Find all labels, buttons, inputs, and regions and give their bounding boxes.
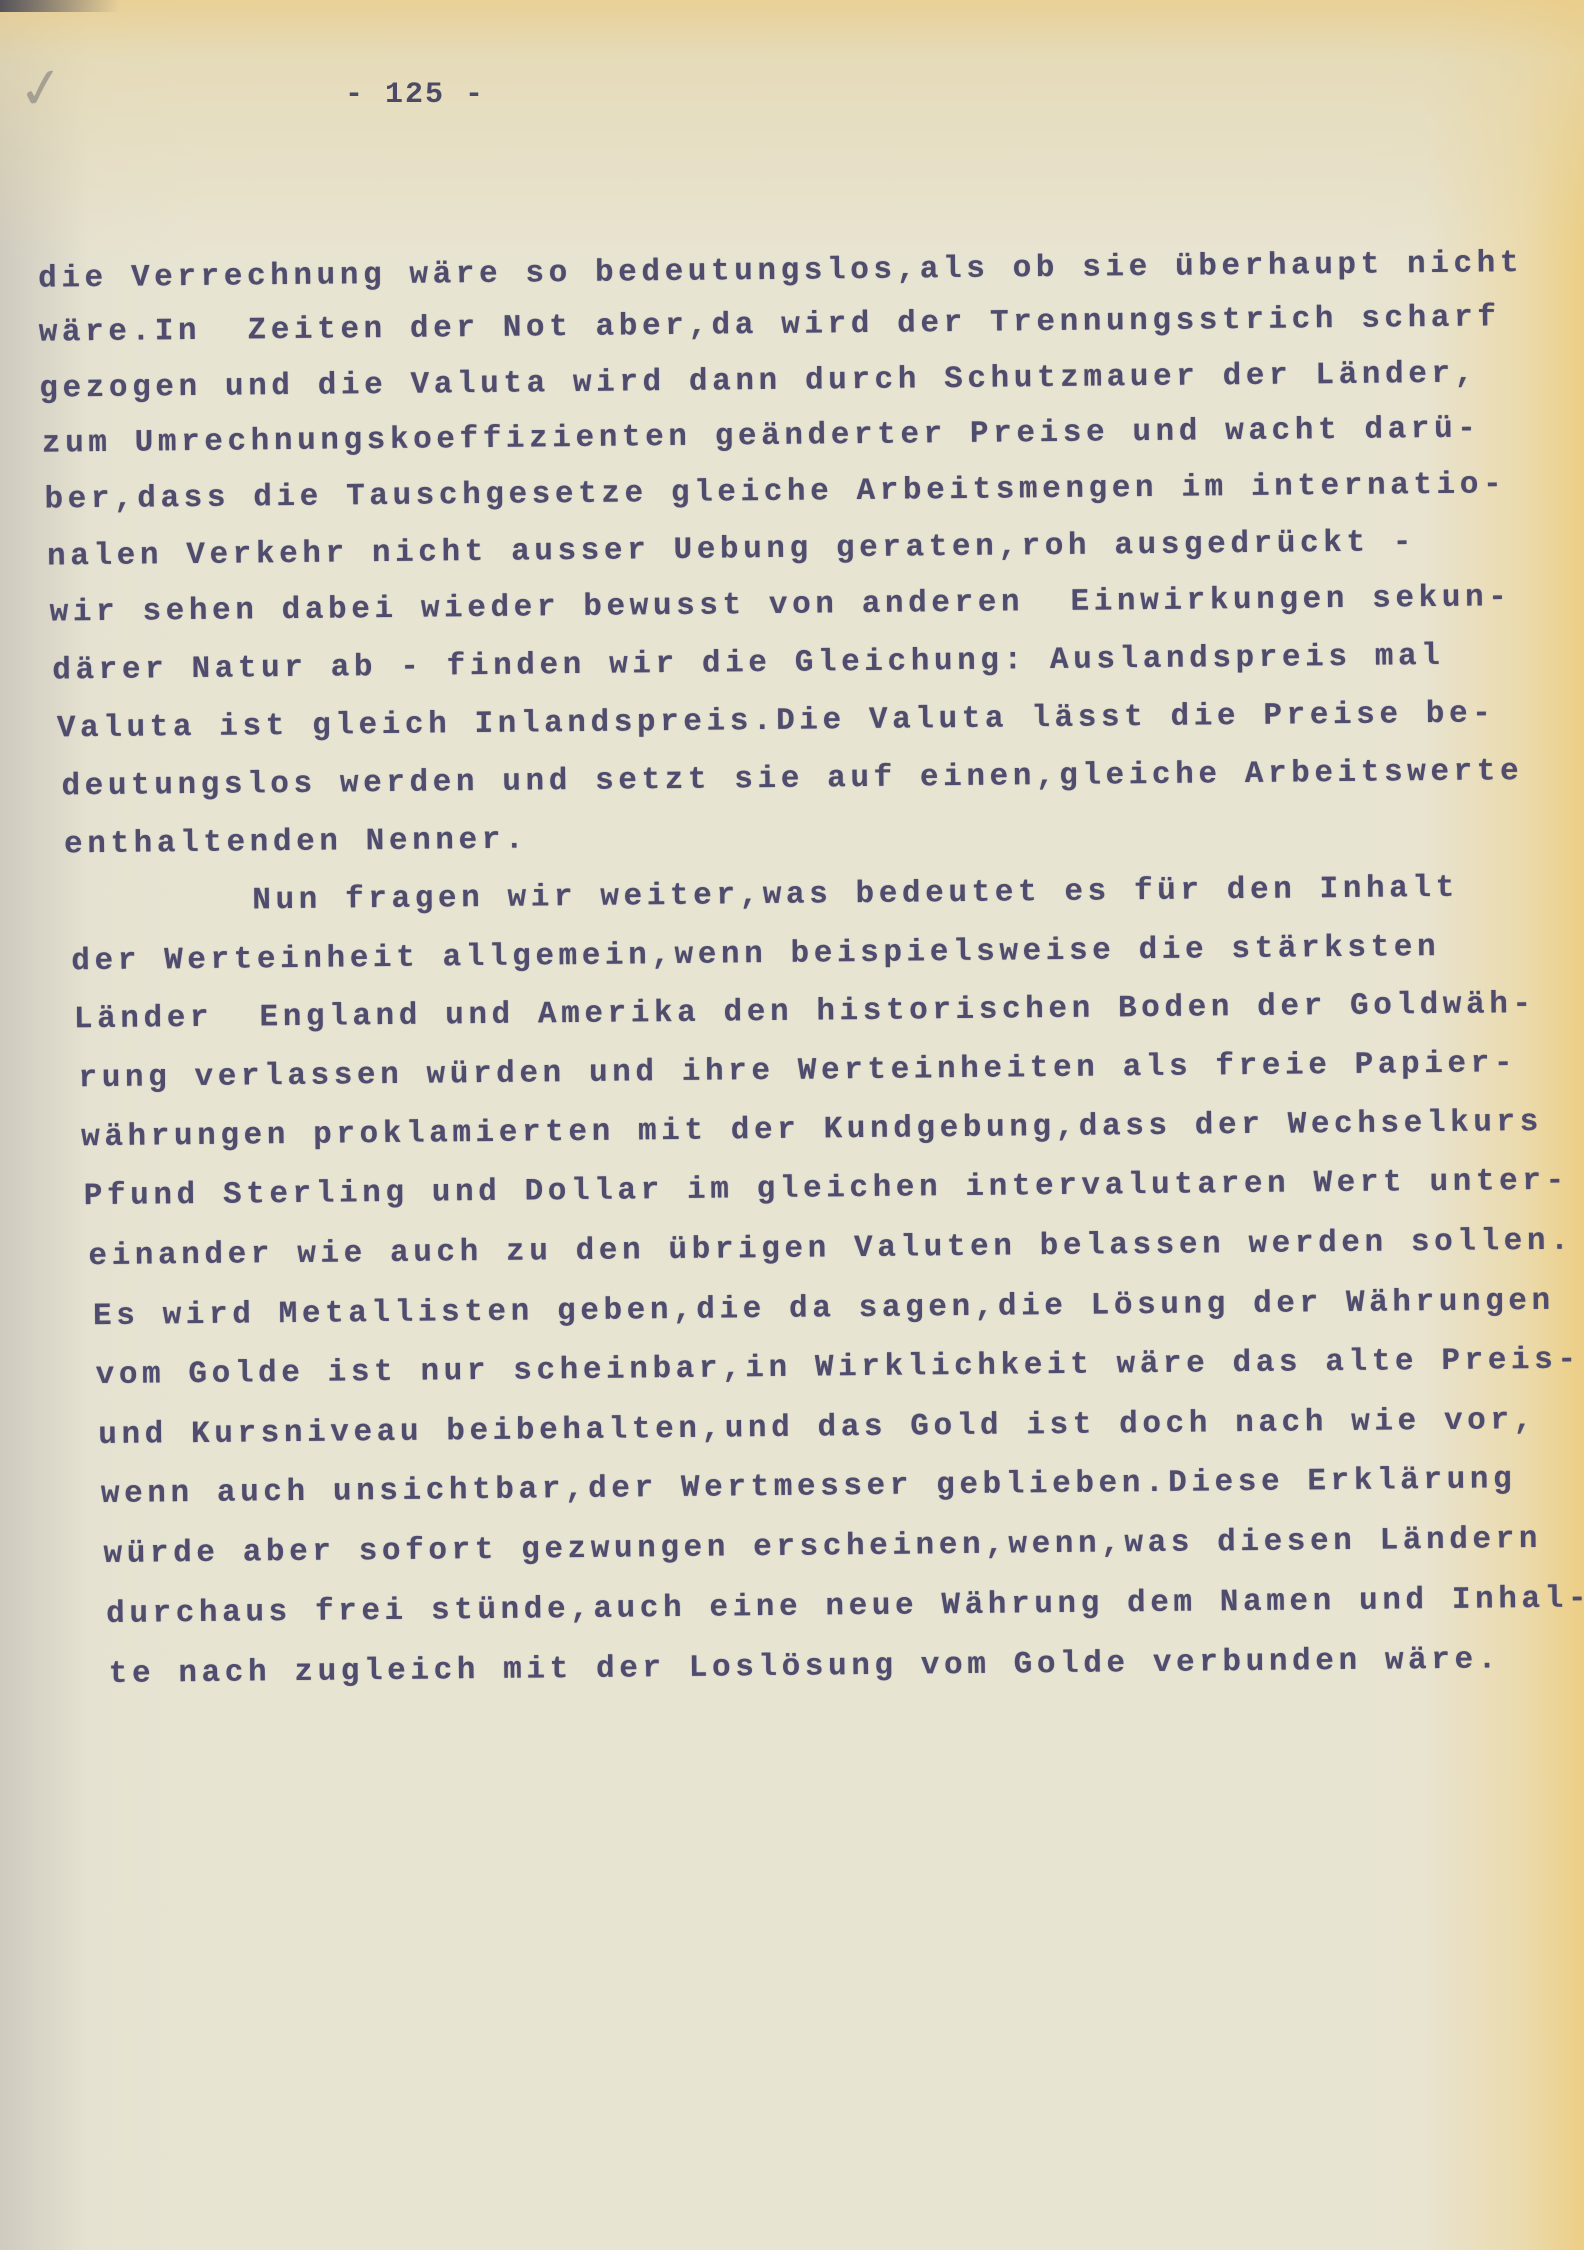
text-line: zum Umrechnungskoeffizienten geänderter … (42, 412, 1481, 463)
text-line: därer Natur ab - finden wir die Gleichun… (52, 639, 1444, 690)
text-line: würde aber sofort gezwungen erscheinen,w… (103, 1522, 1542, 1573)
text-line: Valuta ist gleich Inlandspreis.Die Valut… (57, 696, 1496, 747)
text-line: vom Golde ist nur scheinbar,in Wirklichk… (95, 1343, 1580, 1395)
text-line: die Verrechnung wäre so bedeutungslos,al… (38, 246, 1523, 298)
text-line: deutungslos werden und setzt sie auf ein… (61, 754, 1523, 805)
text-line: währungen proklamierten mit der Kundgebu… (81, 1105, 1543, 1156)
text-line: enthaltenden Nenner. (64, 823, 528, 864)
text-line: Pfund Sterling und Dollar im gleichen in… (84, 1164, 1569, 1216)
text-line: wäre.In Zeiten der Not aber,da wird der … (39, 300, 1501, 351)
text-line: der Werteinheit allgemein,wenn beispiels… (71, 930, 1440, 980)
text-line: Nun fragen wir weiter,was bedeutet es fü… (67, 871, 1459, 922)
page-number: - 125 - (345, 78, 485, 112)
text-line: und Kursniveau beibehalten,und das Gold … (98, 1403, 1537, 1454)
text-line: Es wird Metallisten geben,die da sagen,d… (93, 1284, 1555, 1335)
text-line: einander wie auch zu den übrigen Valuten… (88, 1224, 1573, 1276)
text-line: wenn auch unsichtbar,der Wertmesser gebl… (101, 1462, 1517, 1513)
pencil-check-mark-icon: ✓ (14, 58, 62, 123)
scan-edge-shadow (0, 0, 120, 12)
text-line: Länder England und Amerika den historisc… (74, 987, 1536, 1038)
text-line: ber,dass die Tauschgesetze gleiche Arbei… (44, 467, 1506, 518)
text-line: nalen Verkehr nicht ausser Uebung gerate… (47, 525, 1416, 575)
typewritten-page: ✓ - 125 - die Verrechnung wäre so bedeut… (0, 0, 1584, 2250)
text-line: durchaus frei stünde,auch eine neue Währ… (106, 1581, 1584, 1633)
body-text: die Verrechnung wäre so bedeutungslos,al… (0, 245, 1584, 262)
text-line: wir sehen dabei wieder bewusst von ander… (49, 580, 1511, 631)
text-line: gezogen und die Valuta wird dann durch S… (39, 357, 1478, 408)
text-line: rung verlassen würden und ihre Werteinhe… (78, 1046, 1517, 1097)
text-line: te nach zugleich mit der Loslösung vom G… (109, 1642, 1501, 1693)
